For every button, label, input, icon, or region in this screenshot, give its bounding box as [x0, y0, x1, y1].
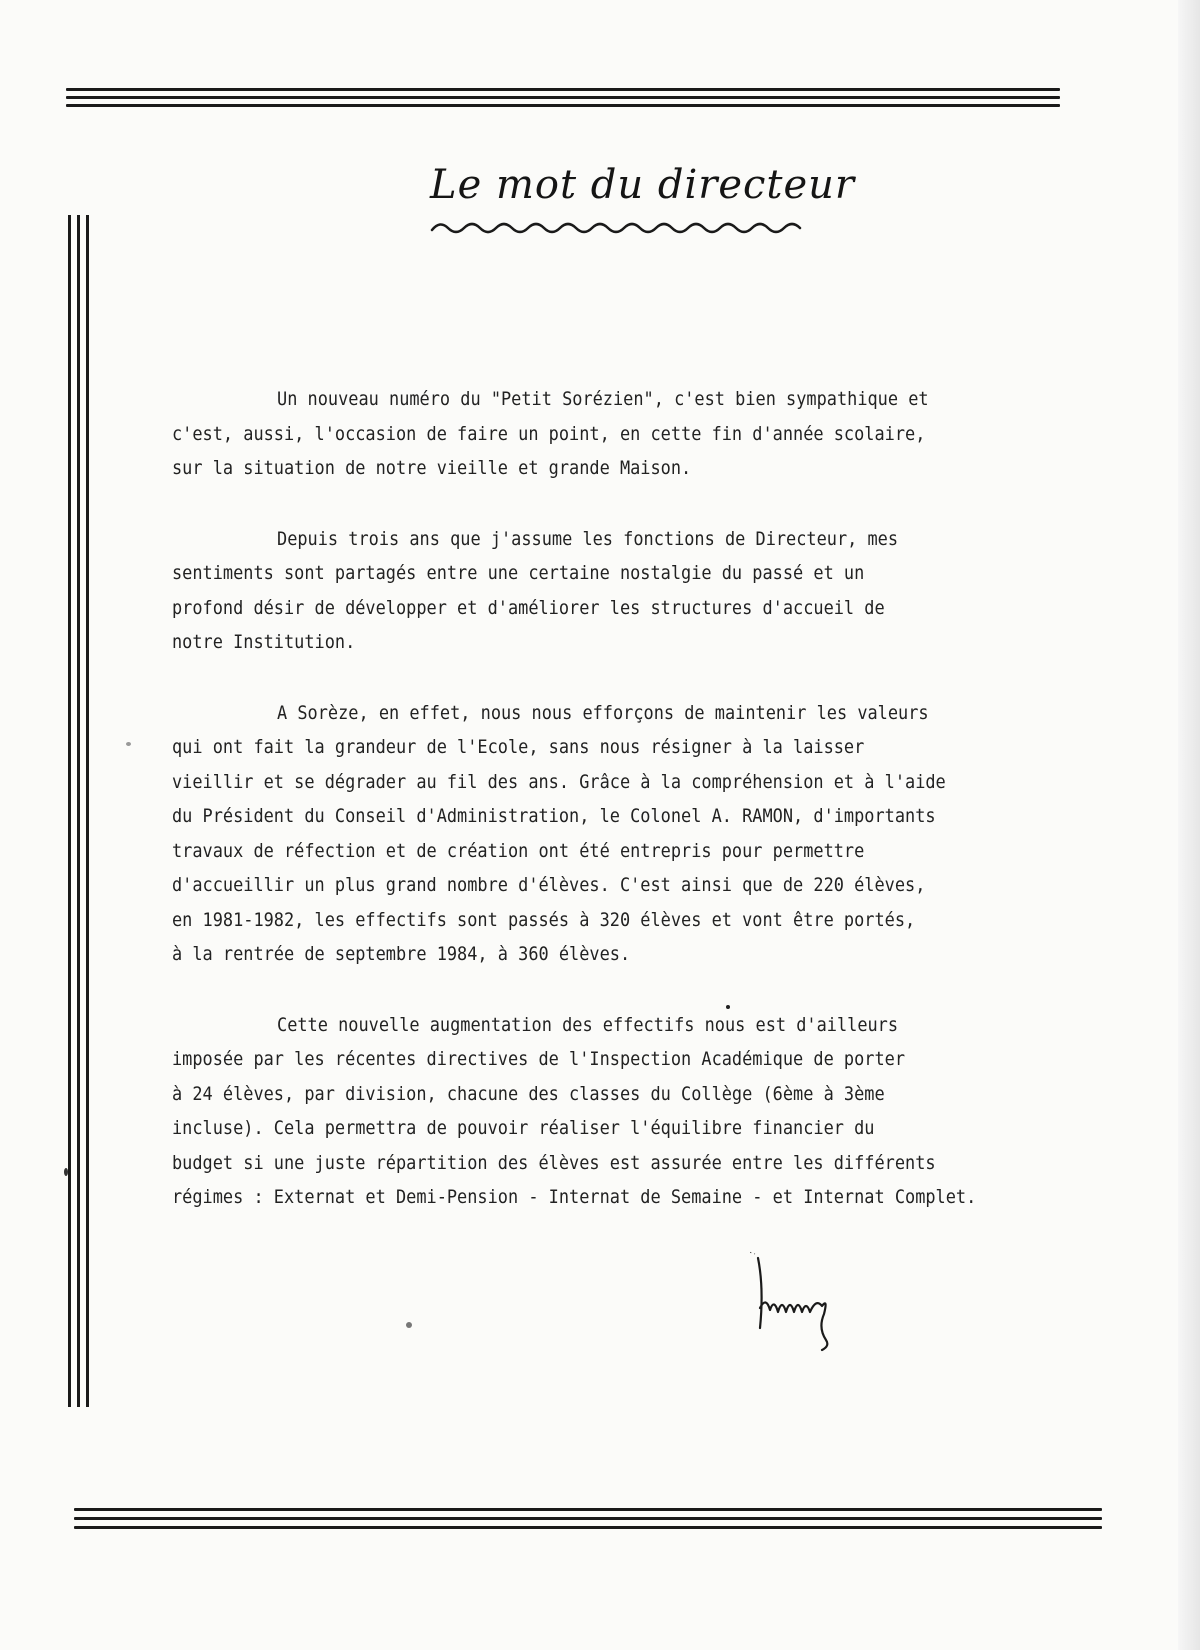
rule-line: [66, 88, 1060, 91]
signature: [750, 1248, 890, 1368]
rule-line: [66, 104, 1060, 107]
text-line: sentiments sont partagés entre une certa…: [172, 556, 991, 591]
text-line: profond désir de développer et d'amélior…: [172, 591, 991, 626]
text-line: Cette nouvelle augmentation des effectif…: [172, 1008, 991, 1043]
rule-line: [74, 1517, 1102, 1520]
paper-speck: [64, 1168, 68, 1176]
text-line: notre Institution.: [172, 625, 991, 660]
text-line: régimes : Externat et Demi-Pension - Int…: [172, 1180, 991, 1215]
text-line: imposée par les récentes directives de l…: [172, 1042, 991, 1077]
text-line: à 24 élèves, par division, chacune des c…: [172, 1077, 991, 1112]
page-edge-shadow: [1178, 0, 1200, 1650]
rule-line: [68, 215, 71, 1407]
rule-line: [74, 1508, 1102, 1511]
left-triple-rule: [68, 215, 92, 1407]
rule-line: [74, 1526, 1102, 1529]
text-line: sur la situation de notre vieille et gra…: [172, 451, 991, 486]
top-triple-rule: [66, 88, 1060, 108]
text-line: vieillir et se dégrader au fil des ans. …: [172, 765, 991, 800]
wavy-underline: [430, 218, 810, 234]
paragraph: Un nouveau numéro du "Petit Sorézien", c…: [172, 382, 1092, 486]
text-line: Depuis trois ans que j'assume les foncti…: [172, 522, 991, 557]
rule-line: [77, 215, 80, 1407]
paper-speck: [406, 1322, 412, 1328]
paper-speck: [726, 1005, 730, 1009]
letter-body: Un nouveau numéro du "Petit Sorézien", c…: [172, 382, 1092, 1251]
paragraph: A Sorèze, en effet, nous nous efforçons …: [172, 696, 1092, 972]
text-line: budget si une juste répartition des élèv…: [172, 1146, 991, 1181]
bottom-triple-rule: [74, 1508, 1102, 1530]
text-line: travaux de réfection et de création ont …: [172, 834, 991, 869]
paragraph: Cette nouvelle augmentation des effectif…: [172, 1008, 1092, 1215]
text-line: A Sorèze, en effet, nous nous efforçons …: [172, 696, 991, 731]
text-line: du Président du Conseil d'Administration…: [172, 799, 991, 834]
page-title: Le mot du directeur: [430, 162, 855, 208]
rule-line: [86, 215, 89, 1407]
rule-line: [66, 96, 1060, 99]
text-line: qui ont fait la grandeur de l'Ecole, san…: [172, 730, 991, 765]
text-line: c'est, aussi, l'occasion de faire un poi…: [172, 417, 991, 452]
text-line: en 1981-1982, les effectifs sont passés …: [172, 903, 991, 938]
text-line: à la rentrée de septembre 1984, à 360 él…: [172, 937, 991, 972]
text-line: d'accueillir un plus grand nombre d'élèv…: [172, 868, 991, 903]
text-line: Un nouveau numéro du "Petit Sorézien", c…: [172, 382, 991, 417]
text-line: incluse). Cela permettra de pouvoir réal…: [172, 1111, 991, 1146]
paragraph: Depuis trois ans que j'assume les foncti…: [172, 522, 1092, 660]
paper-speck: [126, 742, 131, 746]
